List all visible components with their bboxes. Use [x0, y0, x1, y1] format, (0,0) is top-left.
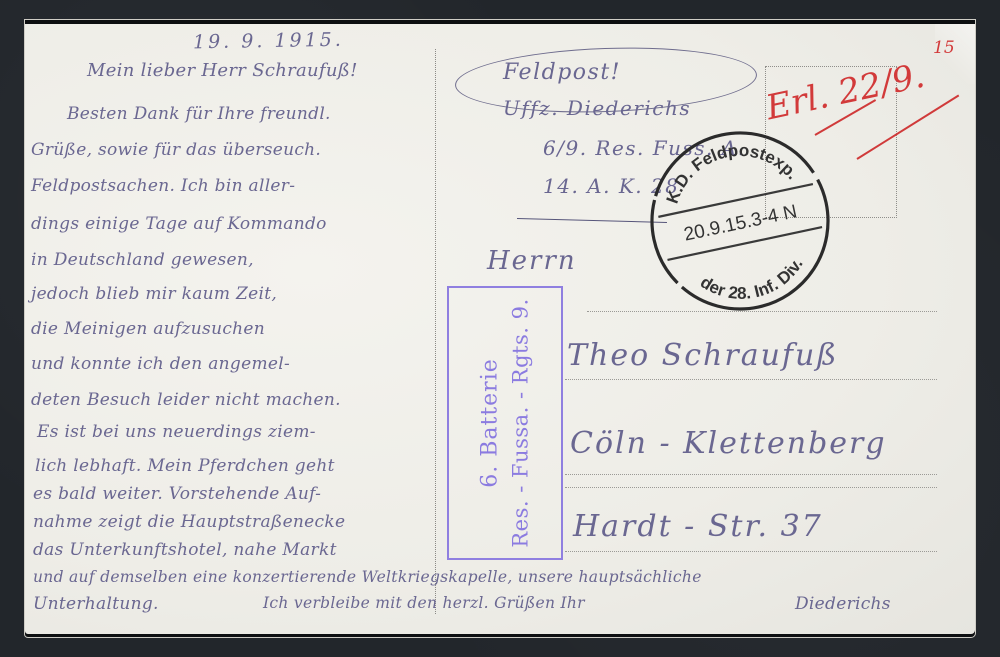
- message-signature: Diederichs: [795, 596, 891, 613]
- message-line: lich lebhaft. Mein Pferdchen geht: [35, 458, 335, 475]
- message-line: und konnte ich den angemel-: [31, 356, 290, 373]
- message-line: Besten Dank für Ihre freundl.: [67, 106, 331, 123]
- unit-cachet: 6. Batterie Res. - Fussa. - Rgts. 9.: [447, 286, 563, 560]
- message-line: Grüße, sowie für das überseuch.: [31, 142, 321, 159]
- address-line-3a: [565, 474, 937, 475]
- feldpost-postmark: K.D. Feldpostexp. 20.9.15.3-4 N der 28. …: [630, 111, 851, 332]
- recipient-street: Hardt - Str. 37: [573, 509, 823, 544]
- message-line: Es ist bei uns neuerdings ziem-: [37, 424, 316, 441]
- message-line: Unterhaltung.: [33, 596, 159, 613]
- message-closing: Ich verbleibe mit den herzl. Grüßen Ihr: [263, 596, 585, 612]
- message-line: Feldpostsachen. Ich bin aller-: [31, 178, 295, 195]
- message-line: und auf demselben eine konzertierende We…: [33, 570, 702, 586]
- address-line-3b: [565, 487, 937, 488]
- message-line: es bald weiter. Vorstehende Auf-: [33, 486, 321, 503]
- cachet-line-1: 6. Batterie: [478, 298, 503, 548]
- message-line: das Unterkunftshotel, nahe Markt: [33, 542, 337, 559]
- message-line: in Deutschland gewesen,: [31, 252, 254, 269]
- address-line-4: [565, 551, 937, 552]
- recipient-name: Theo Schraufuß: [567, 338, 838, 373]
- cachet-line-2: Res. - Fussa. - Rgts. 9.: [509, 298, 533, 548]
- recipient-city: Cöln - Klettenberg: [570, 426, 887, 461]
- message-salutation: Mein lieber Herr Schraufuß!: [87, 62, 358, 80]
- message-line: deten Besuch leider nicht machen.: [31, 392, 341, 409]
- sender-name: Uffz. Diederichs: [503, 96, 691, 120]
- message-date: 19. 9. 1915.: [193, 29, 344, 54]
- postcard: 19. 9. 1915. Mein lieber Herr Schraufuß!…: [25, 20, 975, 637]
- postmark-top-text: K.D. Feldpostexp.: [654, 128, 804, 210]
- feldpost-header: Feldpost!: [503, 60, 621, 85]
- message-line: dings einige Tage auf Kommando: [31, 216, 327, 233]
- message-line: jedoch blieb mir kaum Zeit,: [31, 286, 277, 303]
- recipient-salutation: Herrn: [487, 246, 577, 276]
- address-line-2: [565, 379, 937, 380]
- receipt-note-year: 15: [933, 38, 955, 58]
- card-divider: [435, 49, 436, 614]
- message-line: nahme zeigt die Hauptstraßenecke: [33, 514, 345, 531]
- message-line: die Meinigen aufzusuchen: [31, 321, 265, 338]
